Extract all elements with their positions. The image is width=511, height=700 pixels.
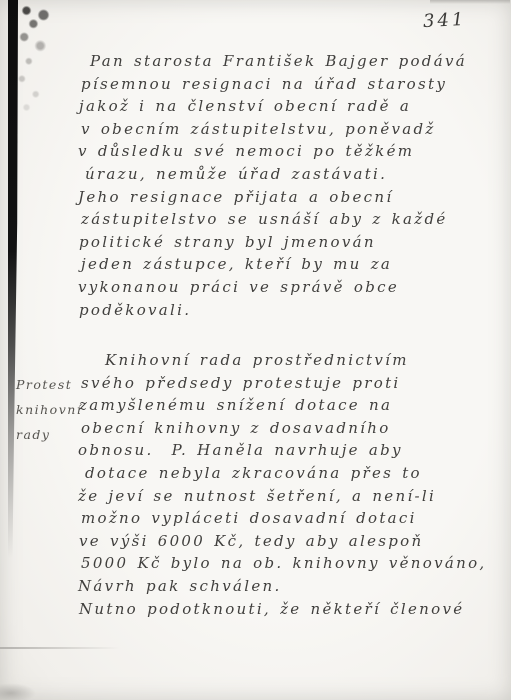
handwritten-line: zástupitelstvo se usnáší aby z každé <box>81 208 498 231</box>
handwritten-line: v důsledku své nemoci po těžkém <box>78 140 498 163</box>
handwritten-line: zamyšlenému snížení dotace na <box>79 394 498 417</box>
handwritten-line: Jeho resignace přijata a obecní <box>78 186 498 209</box>
scan-artifact-line <box>0 647 120 649</box>
paragraph-resignation: Pan starosta František Bajger podávápíse… <box>78 50 498 321</box>
handwritten-line: Protest <box>16 372 76 397</box>
handwritten-line: politické strany byl jmenován <box>79 231 498 254</box>
handwritten-line: knihovní <box>16 397 76 422</box>
scan-artifact-smudge <box>0 683 36 700</box>
paragraph-library-protest: Knihovní rada prostřednictvímsvého předs… <box>78 349 498 620</box>
handwritten-line: Nutno podotknouti, že někteří členové <box>79 598 498 621</box>
handwritten-line: dotace nebyla zkracována přes to <box>85 462 498 485</box>
scan-noise-speckle <box>15 4 61 114</box>
handwritten-line: Knihovní rada prostřednictvím <box>105 349 498 372</box>
handwritten-line: možno vypláceti dosavadní dotaci <box>81 507 498 530</box>
handwritten-line: v obecním zástupitelstvu, poněvadž <box>81 118 498 141</box>
handwritten-line: obnosu. P. Haněla navrhuje aby <box>78 439 498 462</box>
handwritten-line: 5000 Kč bylo na ob. knihovny věnováno, <box>81 552 498 575</box>
handwritten-line: jeden zástupce, kteří by mu za <box>81 253 498 276</box>
handwritten-line: ve výši 6000 Kč, tedy aby alespoň <box>79 530 498 553</box>
scan-edge-mark <box>430 0 510 4</box>
handwritten-line: že jeví se nutnost šetření, a není-li <box>78 485 498 508</box>
handwritten-line: Pan starosta František Bajger podává <box>90 50 498 73</box>
handwritten-line: svého předsedy protestuje proti <box>81 372 498 395</box>
handwritten-line: jakož i na členství obecní radě a <box>79 95 498 118</box>
handwritten-line: obecní knihovny z dosavadního <box>81 417 498 440</box>
handwritten-line: úrazu, nemůže úřad zastávati. <box>85 163 498 186</box>
margin-note: Protestknihovnírady <box>16 372 76 447</box>
handwritten-line: písemnou resignaci na úřad starosty <box>81 73 498 96</box>
handwritten-line: Návrh pak schválen. <box>78 575 498 598</box>
handwritten-line: poděkovali. <box>79 299 498 322</box>
handwritten-line: rady <box>16 422 76 447</box>
scanned-page: 341 Protestknihovnírady Pan starosta Fra… <box>0 0 511 700</box>
page-number: 341 <box>422 9 466 32</box>
handwritten-line: vykonanou práci ve správě obce <box>78 276 498 299</box>
